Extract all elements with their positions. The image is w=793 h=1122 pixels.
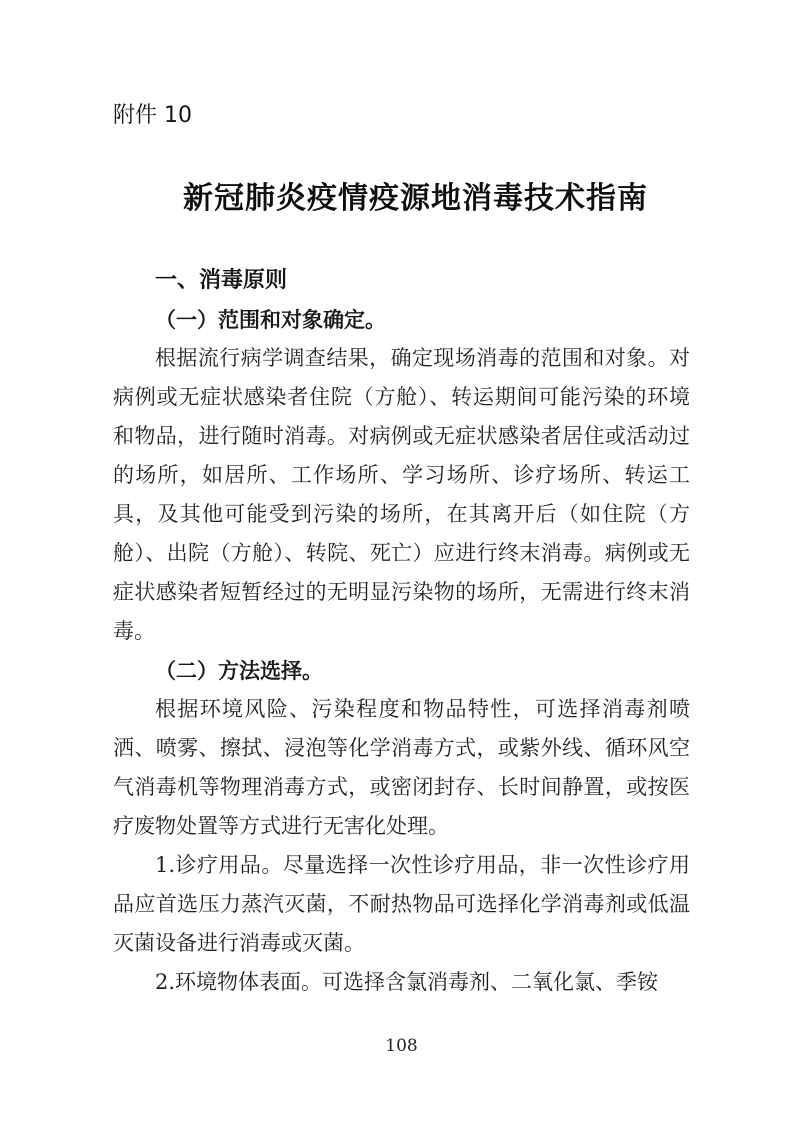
subsection-heading-method-selection: （二）方法选择。 — [113, 651, 690, 690]
section-heading-disinfection-principles: 一、消毒原则 — [113, 261, 690, 300]
paragraph-method-selection: 根据环境风险、污染程度和物品特性，可选择消毒剂喷洒、喷雾、擦拭、浸泡等化学消毒方… — [113, 690, 690, 846]
document-page: 附件 10 新冠肺炎疫情疫源地消毒技术指南 一、消毒原则 （一）范围和对象确定。… — [0, 0, 793, 1122]
attachment-label: 附件 10 — [113, 103, 690, 129]
paragraph-scope-details: 根据流行病学调查结果，确定现场消毒的范围和对象。对病例或无症状感染者住院（方舱）… — [113, 339, 690, 651]
document-body: 一、消毒原则 （一）范围和对象确定。 根据流行病学调查结果，确定现场消毒的范围和… — [113, 261, 690, 1002]
paragraph-item-2-environmental-surfaces: 2.环境物体表面。可选择含氯消毒剂、二氧化氯、季铵 — [113, 963, 690, 1002]
subsection-heading-scope-and-targets: （一）范围和对象确定。 — [113, 300, 690, 339]
document-content: 附件 10 新冠肺炎疫情疫源地消毒技术指南 一、消毒原则 （一）范围和对象确定。… — [113, 0, 690, 1002]
page-number: 108 — [113, 1036, 690, 1056]
document-title: 新冠肺炎疫情疫源地消毒技术指南 — [127, 182, 704, 216]
paragraph-item-1-medical-supplies: 1.诊疗用品。尽量选择一次性诊疗用品，非一次性诊疗用品应首选压力蒸汽灭菌，不耐热… — [113, 846, 690, 963]
